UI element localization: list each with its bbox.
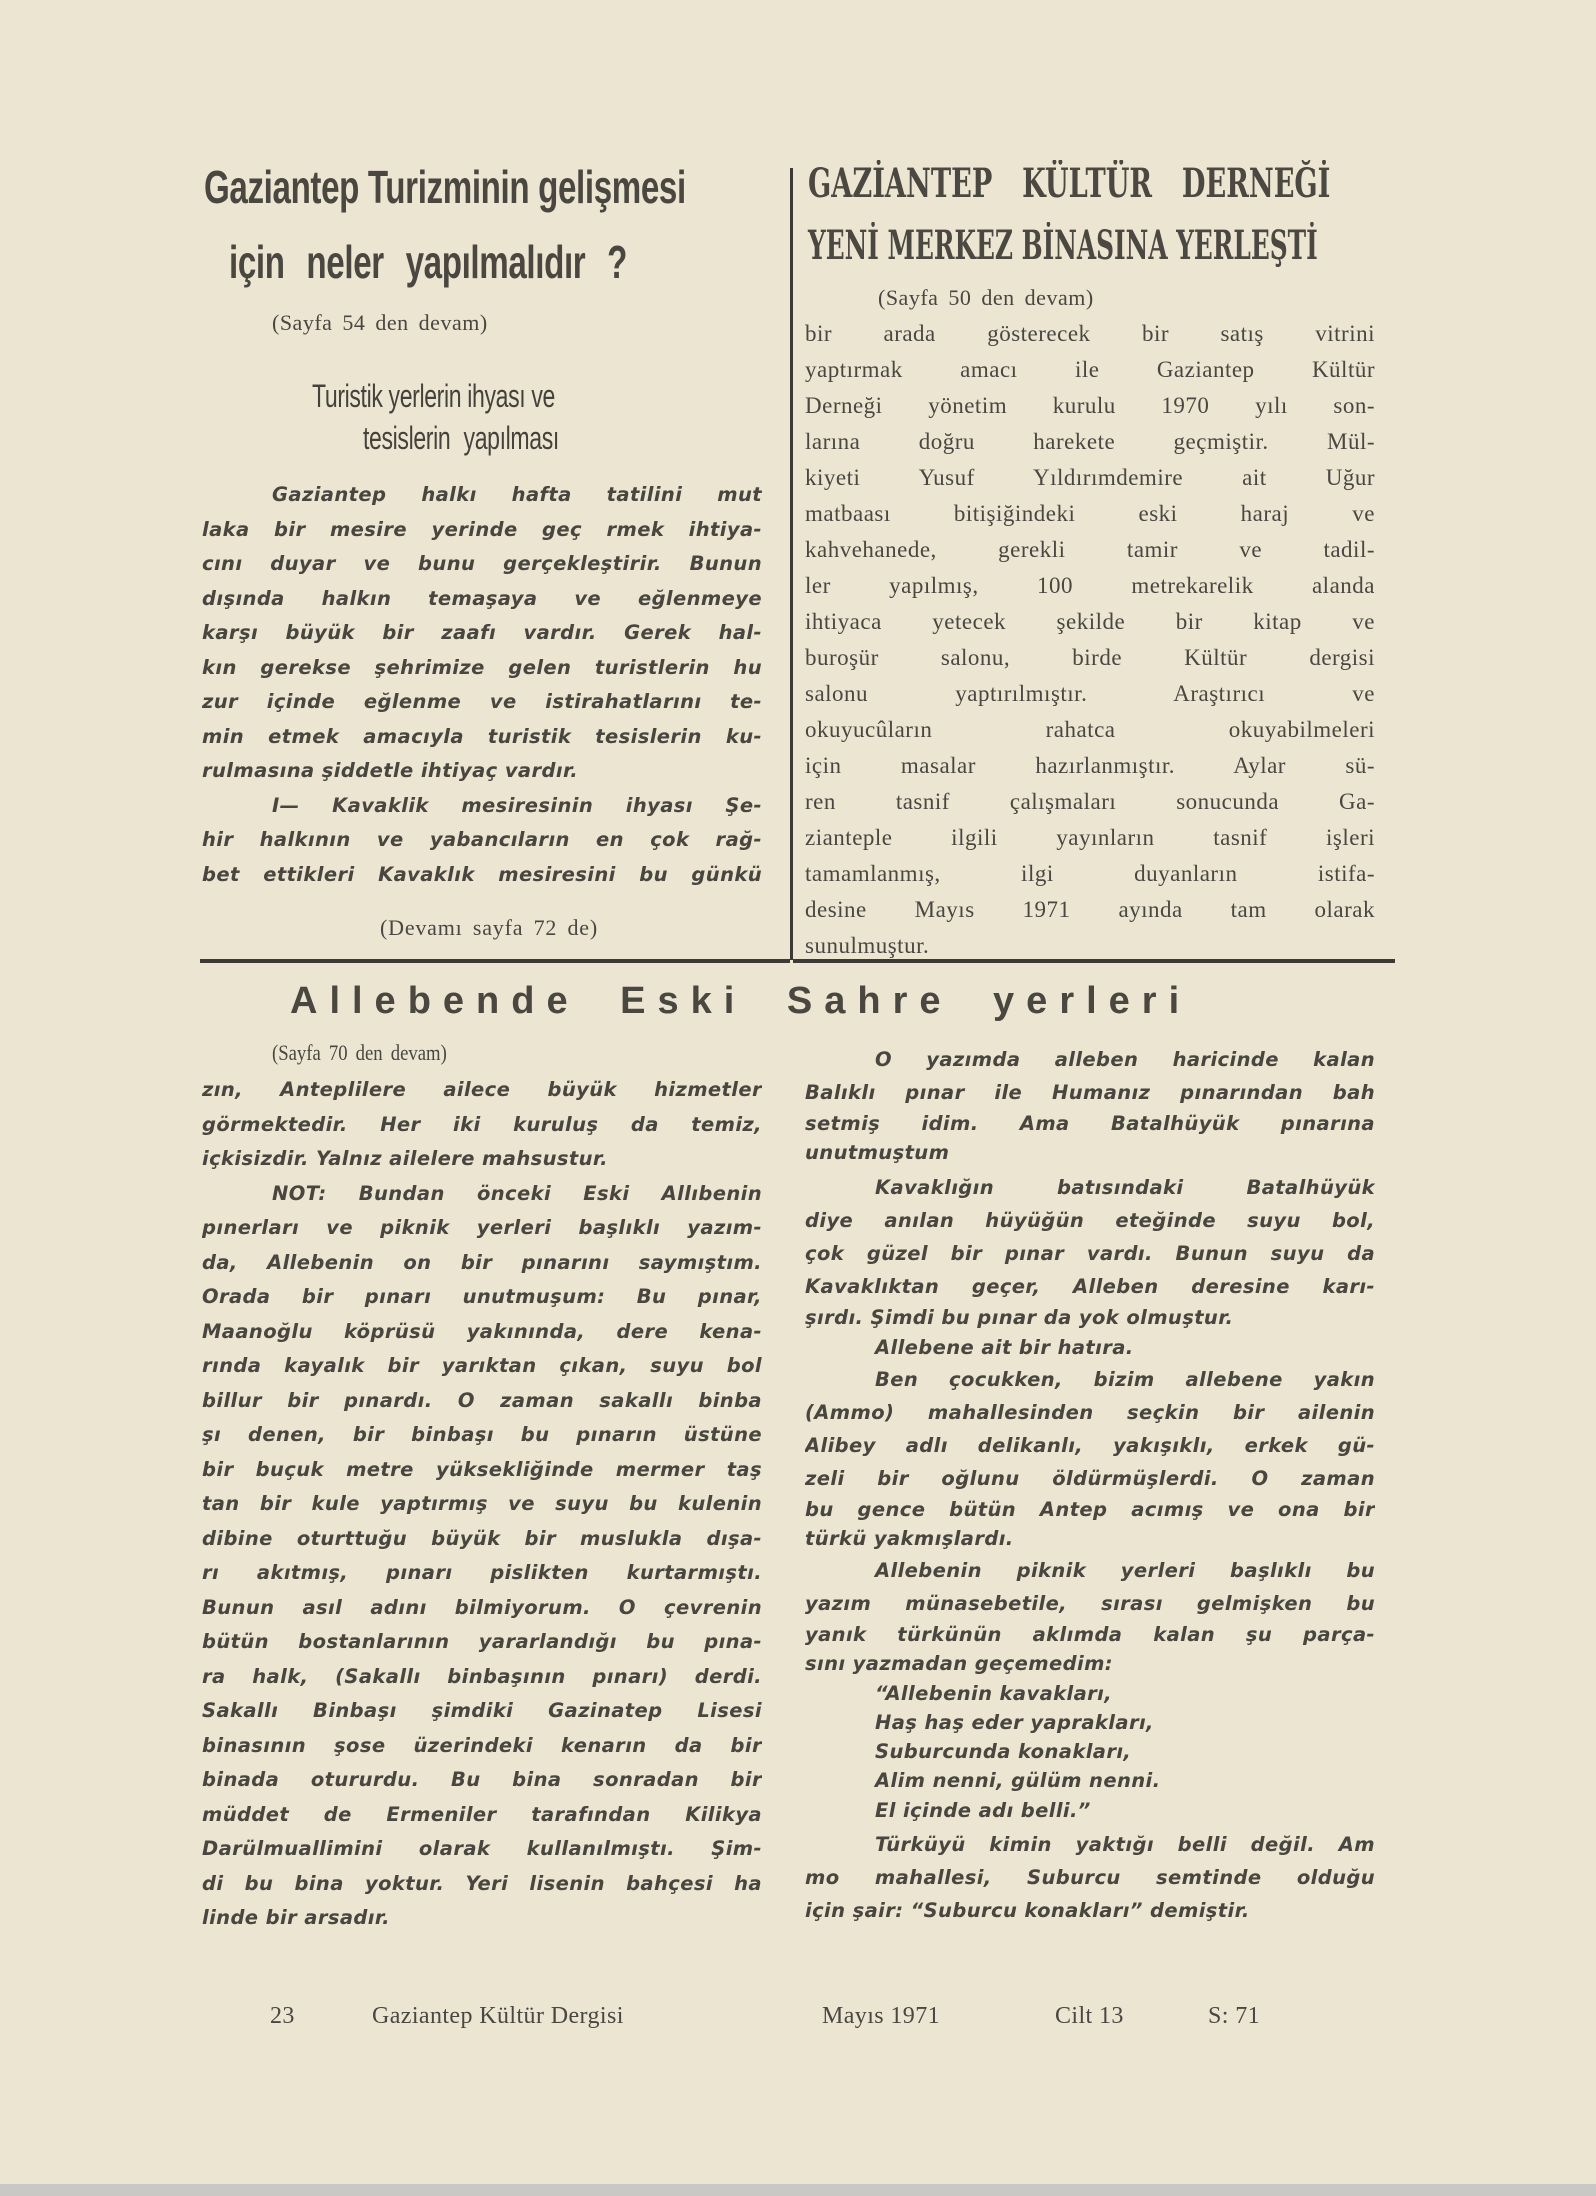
body-line: da, Allebenin on bir pınarını saymıştım.	[202, 1246, 762, 1281]
article-culture-title-line1: GAZİANTEP KÜLTÜR DERNEĞİ	[808, 160, 1330, 207]
body-line: yazım münasebetile, sırası gelmişken bu	[805, 1587, 1375, 1620]
body-line: rı akıtmış, pınarı pislikten kurtarmıştı…	[202, 1556, 762, 1591]
body-line: Allebene ait bir hatıra.	[805, 1332, 1375, 1363]
article-tourism-subtitle-line2: tesislerin yapılması	[363, 420, 559, 457]
body-line: kahvehanede, gerekli tamir ve tadil-	[805, 532, 1375, 568]
magazine-name: Gaziantep Kültür Dergisi	[372, 2003, 624, 2030]
body-line: bir buçuk metre yüksekliğinde mermer taş	[202, 1453, 762, 1488]
article-tourism-continued-to: (Devamı sayfa 72 de)	[380, 915, 598, 941]
body-line: binasının şose üzerindeki kenarın da bir	[202, 1729, 762, 1764]
body-line: Allebenin piknik yerleri başlıklı bu	[805, 1554, 1375, 1587]
body-line: tan bir kule yaptırmış ve suyu bu kuleni…	[202, 1487, 762, 1522]
body-line: cını duyar ve bunu gerçekleştirir. Bunun	[202, 547, 762, 582]
body-line: karşı büyük bir zaafı vardır. Gerek hal-	[202, 616, 762, 651]
body-line: yanık türkünün aklımda kalan şu parça-	[805, 1620, 1375, 1649]
issue-number: S: 71	[1208, 2003, 1260, 2030]
body-line: rulmasına şiddetle ihtiyaç vardır.	[202, 754, 762, 789]
body-line: laka bir mesire yerinde geç rmek ihtiya-	[202, 513, 762, 548]
body-line: şırdı. Şimdi bu pınar da yok olmuştur.	[805, 1303, 1375, 1332]
body-line: ra halk, (Sakallı binbaşının pınarı) der…	[202, 1660, 762, 1695]
article-culture-continued-from: (Sayfa 50 den devam)	[878, 285, 1094, 311]
body-line: unutmuştum	[805, 1138, 1375, 1171]
body-line: çok güzel bir pınar vardı. Bunun suyu da	[805, 1237, 1375, 1270]
body-line: dibine oturttuğu büyük bir muslukla dışa…	[202, 1522, 762, 1557]
article-allebende-title: Allebende Eski Sahre yerleri	[290, 980, 1191, 1023]
page-number: 23	[270, 2003, 295, 2030]
body-line: Derneği yönetim kurulu 1970 yılı son-	[805, 388, 1375, 424]
article-tourism-title-line2: için neler yapılmalıdır ?	[229, 235, 627, 289]
body-line: müddet de Ermeniler tarafından Kilikya	[202, 1798, 762, 1833]
body-line: ler yapılmış, 100 metrekarelik alanda	[805, 568, 1375, 604]
body-line: zın, Anteplilere ailece büyük hizmetler	[202, 1073, 762, 1108]
body-line: buroşür salonu, birde Kültür dergisi	[805, 640, 1375, 676]
body-line: Kavaklıktan geçer, Alleben deresine karı…	[805, 1270, 1375, 1303]
article-culture-title-line2: YENİ MERKEZ BİNASINA YERLEŞTİ	[808, 222, 1318, 269]
body-line: için şair: “Suburcu konakları” demiştir.	[805, 1894, 1375, 1927]
body-line: sını yazmadan geçemedim:	[805, 1649, 1375, 1679]
body-line: setmiş idim. Ama Batalhüyük pınarına	[805, 1109, 1375, 1138]
body-line: di bu bina yoktur. Yeri lisenin bahçesi …	[202, 1867, 762, 1902]
verse-line: Alim nenni, gülüm nenni.	[805, 1766, 1375, 1795]
body-line: (Ammo) mahallesinden seçkin bir ailenin	[805, 1396, 1375, 1429]
body-line: Orada bir pınarı unutmuşum: Bu pınar,	[202, 1280, 762, 1315]
body-line: için masalar hazırlanmıştır. Aylar sü-	[805, 748, 1375, 784]
body-line: Alibey adlı delikanlı, yakışıklı, erkek …	[805, 1429, 1375, 1462]
body-line: billur bir pınardı. O zaman sakallı binb…	[202, 1384, 762, 1419]
article-allebende-right-column: O yazımda alleben haricinde kalan Balıkl…	[805, 1043, 1375, 1927]
body-line: hir halkının ve yabancıların en çok rağ-	[202, 823, 762, 858]
body-line: dışında halkın temaşaya ve eğlenmeye	[202, 582, 762, 617]
article-tourism-subtitle-line1: Turistik yerlerin ihyası ve	[312, 378, 555, 415]
volume-number: Cilt 13	[1055, 2003, 1124, 2030]
body-line: binada otururdu. Bu bina sonradan bir	[202, 1763, 762, 1798]
body-line: Maanoğlu köprüsü yakınında, dere kena-	[202, 1315, 762, 1350]
body-line: salonu yaptırılmıştır. Araştırıcı ve	[805, 676, 1375, 712]
column-divider	[790, 168, 793, 960]
body-line: Balıklı pınar ile Humanız pınarından bah	[805, 1076, 1375, 1109]
body-line: O yazımda alleben haricinde kalan	[805, 1043, 1375, 1076]
section-divider-left	[200, 959, 790, 963]
body-line: kın gerekse şehrimize gelen turistlerin …	[202, 651, 762, 686]
body-line: bet ettikleri Kavaklık mesiresini bu gün…	[202, 858, 762, 893]
body-line: kiyeti Yusuf Yıldırımdemire ait Uğur	[805, 460, 1375, 496]
body-line: bu gence bütün Antep acımış ve ona bir	[805, 1495, 1375, 1524]
body-line: ihtiyaca yetecek şekilde bir kitap ve	[805, 604, 1375, 640]
verse-line: El içinde adı belli.”	[805, 1795, 1375, 1828]
scan-edge	[0, 2184, 1596, 2196]
body-line: Türküyü kimin yaktığı belli değil. Am	[805, 1828, 1375, 1861]
body-line: okuyucûların rahatca okuyabilmeleri	[805, 712, 1375, 748]
article-tourism-title-line1: Gaziantep Turizminin gelişmesi	[204, 160, 686, 214]
body-line: Darülmuallimini olarak kullanılmıştı. Şi…	[202, 1832, 762, 1867]
body-line: desine Mayıs 1971 ayında tam olarak	[805, 892, 1375, 928]
body-line: tamamlanmış, ilgi duyanların istifa-	[805, 856, 1375, 892]
article-tourism-body: Gaziantep halkı hafta tatilini mut laka …	[202, 478, 762, 892]
article-tourism-continued-from: (Sayfa 54 den devam)	[272, 310, 488, 336]
body-line: görmektedir. Her iki kuruluş da temiz,	[202, 1108, 762, 1143]
body-line: türkü yakmışlardı.	[805, 1524, 1375, 1554]
article-culture-body: bir arada gösterecek bir satış vitrini y…	[805, 316, 1375, 964]
body-line: içkisizdir. Yalnız ailelere mahsustur.	[202, 1142, 762, 1177]
body-line: linde bir arsadır.	[202, 1901, 762, 1936]
body-line: şı denen, bir binbaşı bu pınarın üstüne	[202, 1418, 762, 1453]
article-allebende-continued-from: (Sayfa 70 den devam)	[272, 1040, 447, 1066]
body-line: min etmek amacıyla turistik tesislerin k…	[202, 720, 762, 755]
body-line: zur içinde eğlenme ve istirahatlarını te…	[202, 685, 762, 720]
body-line: Ben çocukken, bizim allebene yakın	[805, 1363, 1375, 1396]
body-line: larına doğru harekete geçmiştir. Mül-	[805, 424, 1375, 460]
body-line: zianteple ilgili yayınların tasnif işler…	[805, 820, 1375, 856]
article-allebende-left-column: zın, Anteplilere ailece büyük hizmetler …	[202, 1073, 762, 1936]
body-line: I— Kavaklik mesiresinin ihyası Şe-	[202, 789, 762, 824]
body-line: NOT: Bundan önceki Eski Allıbenin	[202, 1177, 762, 1212]
body-line: matbaası bitişiğindeki eski haraj ve	[805, 496, 1375, 532]
body-line: Sakallı Binbaşı şimdiki Gazinatep Lisesi	[202, 1694, 762, 1729]
body-line: Gaziantep halkı hafta tatilini mut	[202, 478, 762, 513]
verse-line: “Allebenin kavakları,	[805, 1679, 1375, 1708]
body-line: mo mahallesi, Suburcu semtinde olduğu	[805, 1861, 1375, 1894]
body-line: pınerları ve piknik yerleri başlıklı yaz…	[202, 1211, 762, 1246]
body-line: Bunun asıl adını bilmiyorum. O çevrenin	[202, 1591, 762, 1626]
section-divider-right	[793, 959, 1395, 963]
issue-date: Mayıs 1971	[822, 2003, 940, 2030]
body-line: yaptırmak amacı ile Gaziantep Kültür	[805, 352, 1375, 388]
verse-line: Haş haş eder yaprakları,	[805, 1708, 1375, 1737]
body-line: Kavaklığın batısındaki Batalhüyük	[805, 1171, 1375, 1204]
body-line: rında kayalık bir yarıktan çıkan, suyu b…	[202, 1349, 762, 1384]
body-line: bir arada gösterecek bir satış vitrini	[805, 316, 1375, 352]
body-line: ren tasnif çalışmaları sonucunda Ga-	[805, 784, 1375, 820]
body-line: diye anılan hüyüğün eteğinde suyu bol,	[805, 1204, 1375, 1237]
verse-line: Suburcunda konakları,	[805, 1737, 1375, 1766]
body-line: bütün bostanlarının yararlandığı bu pına…	[202, 1625, 762, 1660]
body-line: zeli bir oğlunu öldürmüşlerdi. O zaman	[805, 1462, 1375, 1495]
